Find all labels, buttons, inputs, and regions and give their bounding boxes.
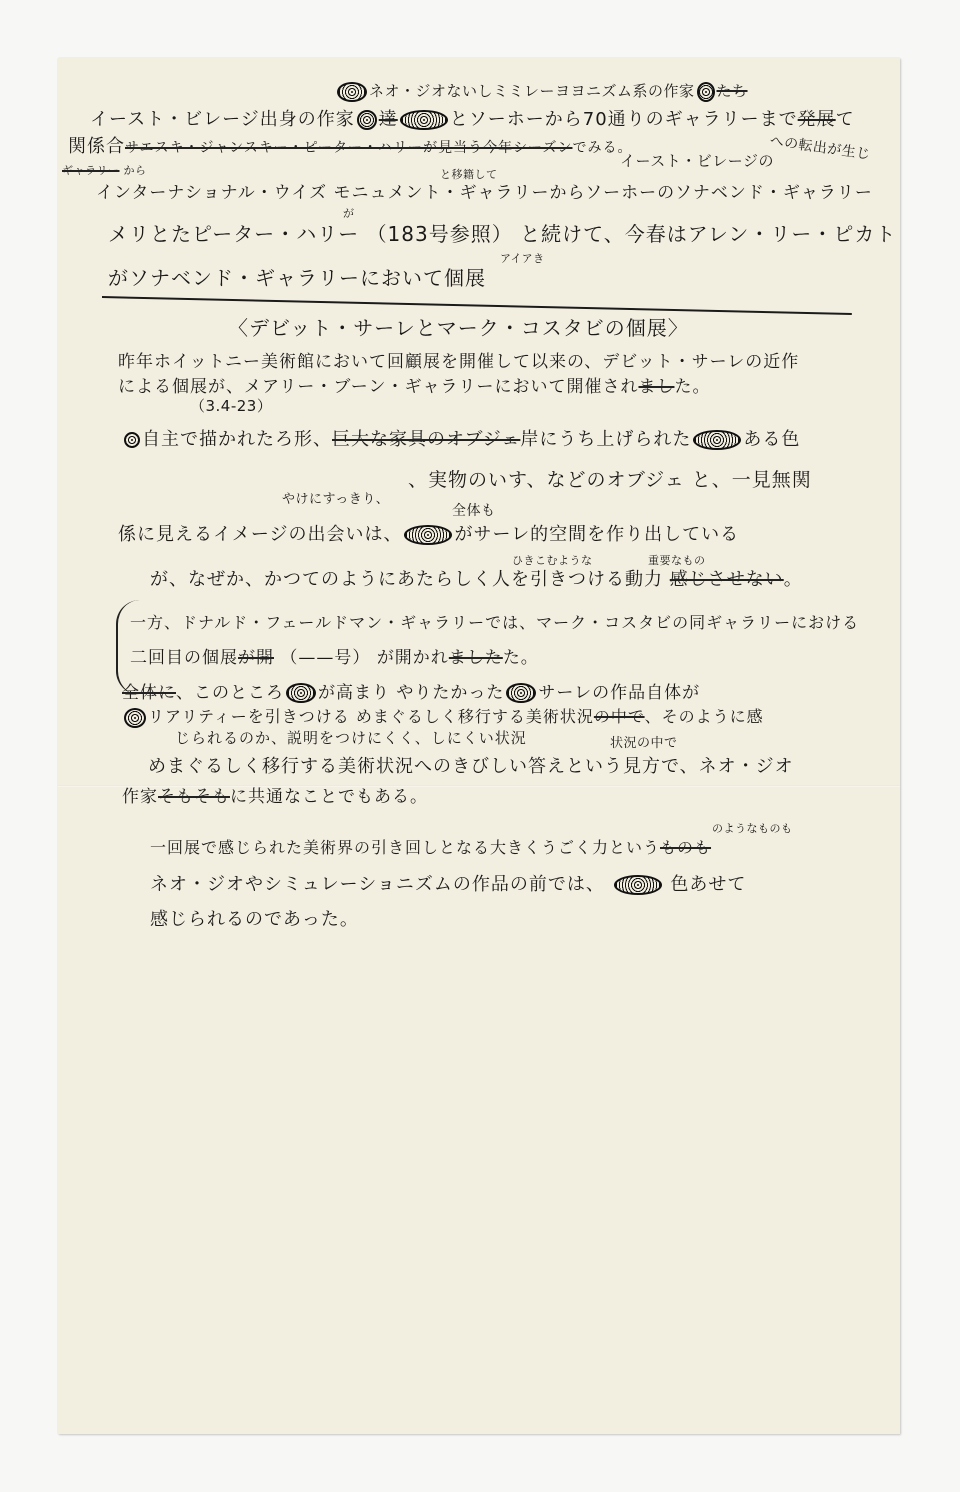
manuscript-line-2: 関係合サエスキ・ジャンスキー・ピーター・ハリーが見当う今年シーズンでみる。 — [68, 132, 632, 158]
para4-line4: めまぐるしく移行する美術状況へのきびしい答えという見方で、ネオ・ジオ — [148, 752, 794, 778]
manuscript-line-2-right: イースト・ビレージの — [620, 150, 774, 171]
scribble-mark — [506, 683, 536, 703]
para2-line3: 係に見えるイメージの出会いは、がサーレ的空間を作り出している — [118, 520, 739, 546]
para2-line1: 自主で描かれたろ形、巨大な家具のオブジェ岸にうち上げられたある色 — [122, 425, 800, 451]
scribble-mark — [693, 430, 741, 450]
para5-line2: ネオ・ジオやシミュレーショニズムの作品の前では、 色あせて — [150, 870, 746, 896]
para2-line4: が、なぜか、かつてのようにあたらしく人を引きつける動力 感じさせない。 — [150, 565, 803, 591]
scribble-mark — [124, 708, 146, 728]
para5-insert-above: のようなものも — [712, 820, 793, 836]
para1-line2: による個展が、メアリー・ブーン・ギャラリーにおいて開催されました。 — [118, 372, 710, 397]
margin-struck-gallery: ギャラリー から — [62, 162, 147, 178]
para5-line3: 感じられるのであった。 — [150, 905, 359, 931]
para2-insert-left: やけにすっきり、 — [282, 488, 389, 507]
manuscript-line-1: イースト・ビレージ出身の作家達とソーホーから70通りのギャラリーまで発展て — [90, 105, 855, 131]
scribble-mark — [404, 525, 452, 545]
para3-line2: 二回目の個展が開 （——号） が開かれましたた。 — [130, 643, 539, 668]
scribble-mark — [124, 432, 140, 448]
para1-dates: （3.4-23） — [190, 395, 272, 416]
manuscript-line-5: がソナベンド・ギャラリーにおいて個展 — [108, 262, 486, 291]
para4-line1: 全体に、このところが高まり やりたかったサーレの作品自体が — [122, 678, 700, 703]
para4-line2: リアリティーを引きつける めまぐるしく移行する美術状況の中で、そのように感 — [122, 704, 764, 728]
line4-subscript: アイアき — [500, 250, 545, 266]
para2-insert-above: 全体も — [452, 500, 496, 520]
para3-line1: 一方、ドナルド・フェールドマン・ギャラリーでは、マーク・コスタビの同ギャラリーに… — [130, 610, 859, 633]
section-title: 〈デビット・サーレとマーク・コスタビの個展〉 — [228, 312, 689, 341]
manuscript-line-3: インターナショナル・ウイズ モニュメント・ギャラリーからソーホーのソナベンド・ギ… — [96, 178, 873, 203]
scribble-mark — [400, 110, 448, 130]
para1-line1: 昨年ホイットニー美術館において回顧展を開催して以来の、デビット・サーレの近作 — [118, 347, 799, 372]
para5-line1: 一回展で感じられた美術界の引き回しとなる大きくうごく力というものも — [150, 835, 711, 858]
para4-line5: 作家そもそもに共通なことでもある。 — [122, 782, 428, 807]
scribble-mark — [286, 683, 316, 703]
insert-above-line1: ネオ・ジオないしミミレーヨヨニズム系の作家たち — [335, 80, 748, 102]
scribble-mark — [614, 875, 662, 895]
para2-line2: 、実物のいす、などのオブジェ と、一見無関 — [408, 465, 812, 492]
scribble-mark — [337, 82, 367, 102]
scribble-mark — [697, 82, 715, 102]
para4-line3: じられるのか、説明をつけにくく、しにくい状況 — [175, 727, 527, 748]
scribble-mark — [357, 110, 377, 130]
para4-line3-insert: 状況の中で — [610, 732, 678, 751]
manuscript-line-4: メリとたピーター・ハリー （183号参照） と続けて、今春はアレン・リー・ピカト — [108, 218, 896, 247]
